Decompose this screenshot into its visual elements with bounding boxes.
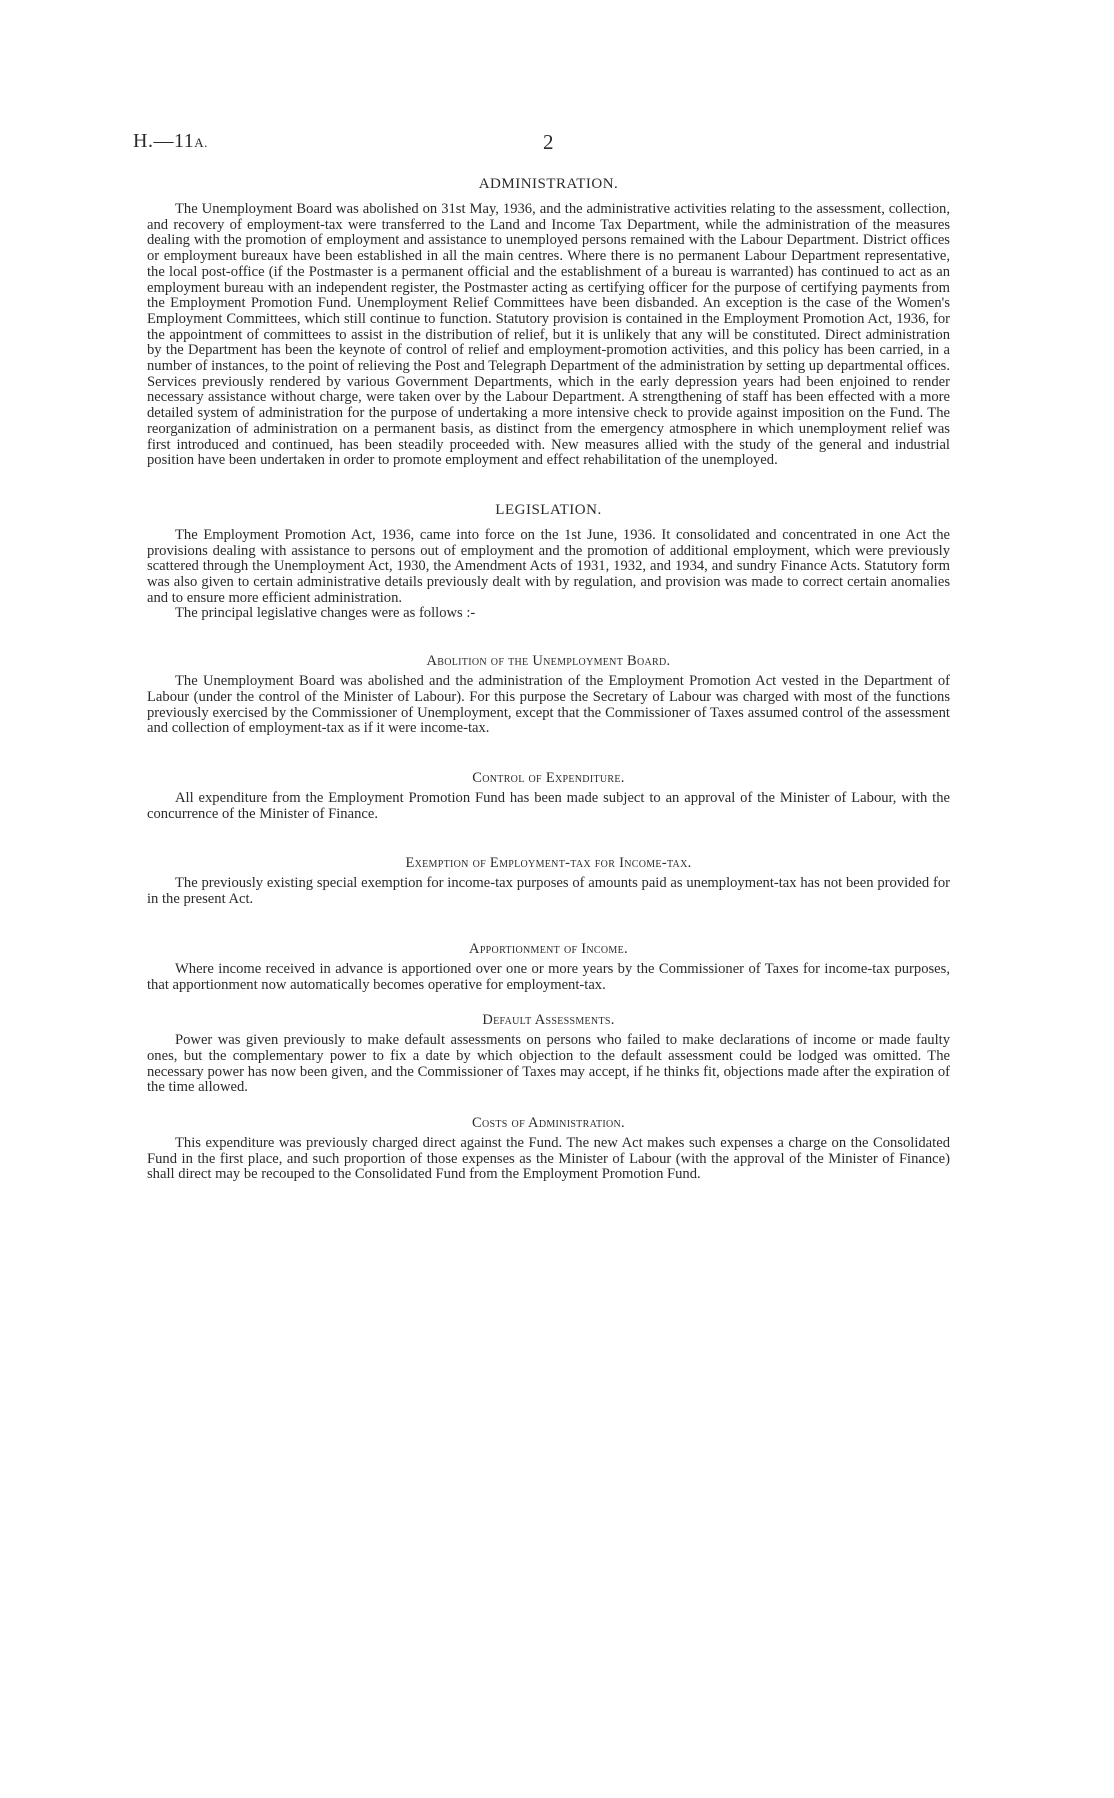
reference-code: H.—11 xyxy=(133,130,194,152)
subsection-title-abolition: Abolition of the Unemployment Board. xyxy=(147,652,950,670)
subsection-title-apportionment: Apportionment of Income. xyxy=(147,940,950,958)
subsection-text-control-expenditure: All expenditure from the Employment Prom… xyxy=(147,791,950,822)
subsection-text-costs: This expenditure was previously charged … xyxy=(147,1136,950,1183)
section-title-legislation: LEGISLATION. xyxy=(147,501,950,519)
subsection-text-exemption: The previously existing special exemptio… xyxy=(147,876,950,907)
subsection-title-exemption: Exemption of Employment-tax for Income-t… xyxy=(147,854,950,872)
reference-suffix: A. xyxy=(194,135,208,150)
administration-paragraph: The Unemployment Board was abolished on … xyxy=(147,202,950,469)
page-header: H.—11A. 2 xyxy=(133,130,953,154)
subsection-title-control-expenditure: Control of Expenditure. xyxy=(147,769,950,787)
document-body: ADMINISTRATION. The Unemployment Board w… xyxy=(147,175,950,1183)
document-reference: H.—11A. xyxy=(133,130,208,153)
subsection-text-apportionment: Where income received in advance is appo… xyxy=(147,962,950,993)
legislation-intro-line: The principal legislative changes were a… xyxy=(147,606,950,622)
page-number: 2 xyxy=(543,130,554,155)
legislation-paragraph: The Employment Promotion Act, 1936, came… xyxy=(147,528,950,607)
subsection-text-abolition: The Unemployment Board was abolished and… xyxy=(147,674,950,737)
section-title-administration: ADMINISTRATION. xyxy=(147,175,950,193)
subsection-title-costs: Costs of Administration. xyxy=(147,1114,950,1132)
subsection-text-default-assessments: Power was given previously to make defau… xyxy=(147,1033,950,1096)
subsection-title-default-assessments: Default Assessments. xyxy=(147,1011,950,1029)
